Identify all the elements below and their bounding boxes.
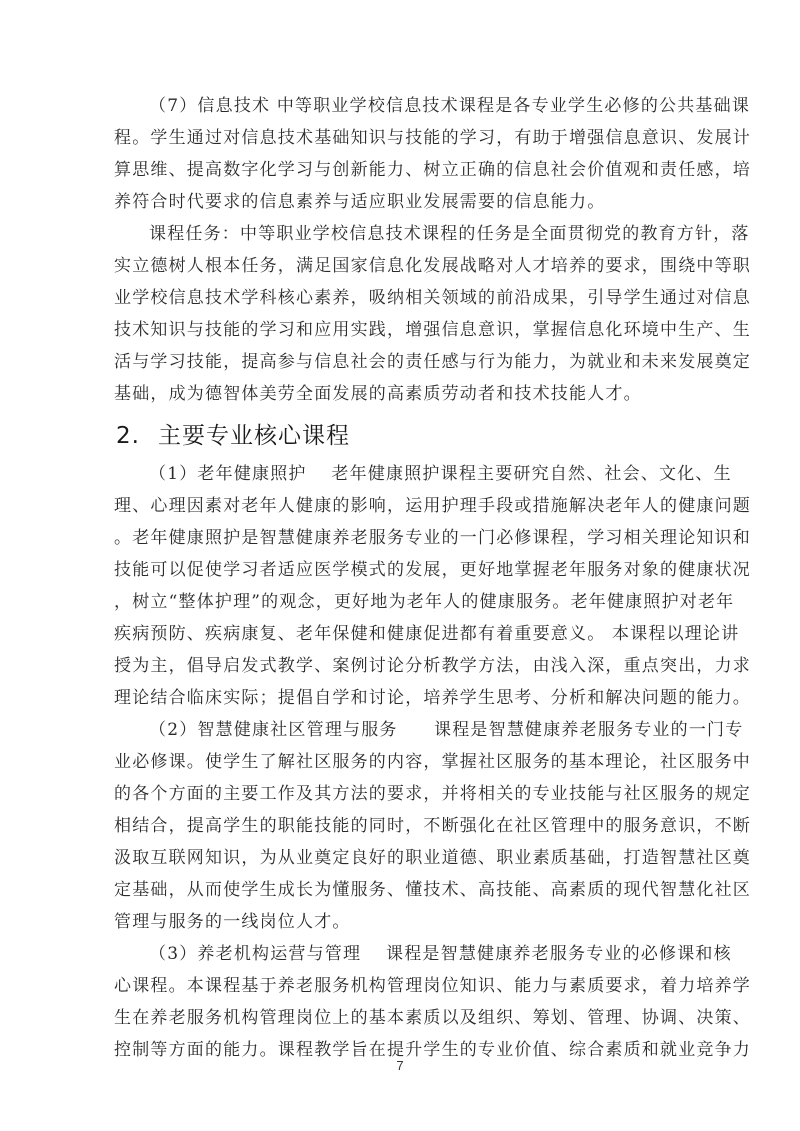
text-line: 实立德树人根本任务，满足国家信息化发展战略对人才培养的要求，围绕中等职 [114,256,686,276]
text-line: 定基础，从而使学生成长为懂服务、懂技术、高技能、高素质的现代智慧化社区 [114,880,686,900]
document-page: （7）信息技术 中等职业学校信息技术课程是各专业学生必修的公共基础课 程。学生通… [0,0,800,1131]
text-line: 课程任务：中等职业学校信息技术课程的任务是全面贯彻党的教育方针，落 [149,224,686,244]
text-line: 业学校信息技术学科核心素养，吸纳相关领域的前沿成果，引导学生通过对信息 [114,288,686,308]
text-line: 养符合时代要求的信息素养与适应职业发展需要的信息能力。 [114,192,686,212]
text-line: 控制等方面的能力。课程教学旨在提升学生的专业价值、综合素质和就业竞争力 [114,1040,686,1060]
text-line: 程。学生通过对信息技术基础知识与技能的学习，有助于增强信息意识、发展计 [114,128,686,148]
text-line: 理、心理因素对老年人健康的影响，运用护理手段或措施解决老年人的健康问题 [114,496,686,516]
text-line: （2）智慧健康社区管理与服务 课程是智慧健康养老服务专业的一门专 [149,720,686,740]
text-line: 相结合，提高学生的职能技能的同时，不断强化在社区管理中的服务意识，不断 [114,816,686,836]
text-line: 技能可以促使学习者适应医学模式的发展，更好地掌握老年服务对象的健康状况 [114,560,686,580]
heading-title: 主要专业核心课程 [158,423,350,449]
text-line: 授为主，倡导启发式教学、案例讨论分析教学方法，由浅入深，重点突出，力求 [114,656,686,676]
text-line: 汲取互联网知识，为从业奠定良好的职业道德、职业素质基础，打造智慧社区奠 [114,848,686,868]
text-line: （3）养老机构运营与管理 课程是智慧健康养老服务专业的必修课和核 [149,944,686,964]
section-heading: 2.主要专业核心课程 [116,422,350,450]
text-line: 基础，成为德智体美劳全面发展的高素质劳动者和技术技能人才。 [114,384,686,404]
text-line: 。老年健康照护是智慧健康养老服务专业的一门必修课程，学习相关理论知识和 [114,528,686,548]
text-line: 疾病预防、疾病康复、老年保健和健康促进都有着重要意义。 本课程以理论讲 [114,624,686,644]
text-line: 理论结合临床实际；提倡自学和讨论，培养学生思考、分析和解决问题的能力。 [114,688,686,708]
heading-number: 2. [116,423,140,449]
text-line: 算思维、提高数字化学习与创新能力、树立正确的信息社会价值观和责任感，培 [114,160,686,180]
text-line: 管理与服务的一线岗位人才。 [114,912,686,932]
text-line: 活与学习技能，提高参与信息社会的责任感与行为能力，为就业和未来发展奠定 [114,352,686,372]
text-line: 生在养老服务机构管理岗位上的基本素质以及组织、筹划、管理、协调、决策、 [114,1008,686,1028]
text-line: （1）老年健康照护 老年健康照护课程主要研究自然、社会、文化、生 [149,464,686,484]
text-line: 业必修课。使学生了解社区服务的内容，掌握社区服务的基本理论，社区服务中 [114,752,686,772]
text-line: 心课程。本课程基于养老服务机构管理岗位知识、能力与素质要求，着力培养学 [114,976,686,996]
page-number: 7 [0,1058,800,1073]
text-line: 技术知识与技能的学习和应用实践，增强信息意识，掌握信息化环境中生产、生 [114,320,686,340]
text-line: ，树立“整体护理”的观念，更好地为老年人的健康服务。老年健康照护对老年 [114,592,686,612]
text-line: （7）信息技术 中等职业学校信息技术课程是各专业学生必修的公共基础课 [149,96,686,116]
text-line: 的各个方面的主要工作及其方法的要求，并将相关的专业技能与社区服务的规定 [114,784,686,804]
